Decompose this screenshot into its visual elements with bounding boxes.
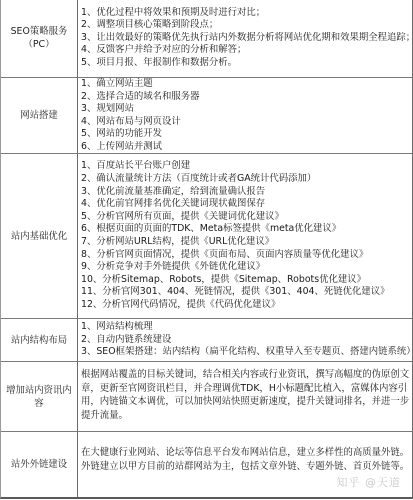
list-item: 10、分析Sitemap、Robots，提供《Sitemap、Robots优化建…: [81, 274, 410, 287]
row-label: 站内结构布局: [1, 319, 78, 361]
list-item: 3、让出效最好的策略优先执行站内外数据分析将网站优化期和效果期全程追踪；: [81, 32, 413, 45]
table-row-onsite-basic-optimization: 站内基础优化 1、百度站长平台账户创建 2、确认流量统计方法（百度统计或者GA统…: [1, 153, 412, 318]
list-item: 8、分析官网页面情况，提供《页面布局、页面内容质量等优化建议》: [81, 249, 410, 262]
row-content: 1、优化过程中将效果和预期及时进行对比； 2、调整项目核心策略到阶段点； 3、让…: [78, 0, 413, 77]
list-item: 4、优化前官网排名优化关键词现状截图保存: [81, 198, 410, 211]
row-label: 站内基础优化: [1, 154, 78, 318]
row-content: 1、确立网站主题 2、选择合适的域名和服务器 3、规划网站 4、网站布局与网页设…: [78, 78, 412, 153]
row-content: 根据网站覆盖的目标关键词，结合相关内容或行业资讯，撰写高幅度的伪原创文章，更新至…: [78, 362, 412, 431]
row-paragraph: 在大健康行业网站、论坛等信息平台发布网站信息，建立多样性的高质量外链。外链建立以…: [81, 446, 410, 473]
list-item: 9、分析竞争对手外链提供《外链优化建议》: [81, 261, 410, 274]
table-row-website-build: 网站搭建 1、确立网站主题 2、选择合适的域名和服务器 3、规划网站 4、网站布…: [1, 77, 412, 153]
list-item: 7、分析网站URL结构，提供《URL优化建议》: [81, 236, 410, 249]
row-content: 1、网站结构梳理 2、自动内链系统建设 3、SEO框架搭建：站内结构（扁平化结构…: [78, 319, 413, 361]
table-row-seo-strategy: SEO策略服务（PC） 1、优化过程中将效果和预期及时进行对比； 2、调整项目核…: [1, 0, 412, 77]
list-item: 5、项目月报、年报制作和数据分析。: [81, 57, 413, 70]
row-label: SEO策略服务（PC）: [1, 0, 78, 77]
table-row-onsite-structure: 站内结构布局 1、网站结构梳理 2、自动内链系统建设 3、SEO框架搭建：站内结…: [1, 318, 412, 361]
zhihu-watermark: 知乎 @天道: [337, 474, 402, 490]
list-item: 4、反馈客户并给予对应的分析和解答；: [81, 44, 413, 57]
list-item: 1、优化过程中将效果和预期及时进行对比；: [81, 7, 413, 20]
list-item: 3、SEO框架搭建：站内结构（扁平化结构、权重导入至专题页、搭建内链系统）: [81, 346, 413, 359]
list-item: 4、网站布局与网页设计: [81, 116, 410, 129]
list-item: 11、分析官网301、404、死链情况，提供《301、404、死链优化建议》: [81, 286, 410, 299]
list-item: 5、分析官网所有页面，提供《关键词优化建议》: [81, 211, 410, 224]
list-item: 3、规划网站: [81, 103, 410, 116]
seo-service-table: SEO策略服务（PC） 1、优化过程中将效果和预期及时进行对比； 2、调整项目核…: [0, 0, 413, 499]
row-paragraph: 根据网站覆盖的目标关键词，结合相关内容或行业资讯，撰写高幅度的伪原创文章，更新至…: [81, 368, 410, 422]
list-item: 2、自动内链系统建设: [81, 334, 413, 347]
row-label: 站外外链建设: [1, 432, 78, 497]
list-item: 3、优化前流量基准确定，给到流量确认报告: [81, 186, 410, 199]
list-item: 2、确认流量统计方法（百度统计或者GA统计代码添加）: [81, 173, 410, 186]
list-item: 6、根据页面的页面的TDK、Meta标签提供《meta优化建议》: [81, 223, 410, 236]
list-item: 1、确立网站主题: [81, 78, 410, 91]
list-item: 2、选择合适的域名和服务器: [81, 91, 410, 104]
row-label: 增加站内资讯内容: [1, 362, 78, 431]
list-item: 5、网站的功能开发: [81, 128, 410, 141]
list-item: 6、上传网站并测试: [81, 141, 410, 154]
list-item: 1、百度站长平台账户创建: [81, 160, 410, 173]
row-label: 网站搭建: [1, 78, 78, 153]
list-item: 2、调整项目核心策略到阶段点；: [81, 19, 413, 32]
row-content: 1、百度站长平台账户创建 2、确认流量统计方法（百度统计或者GA统计代码添加） …: [78, 154, 412, 318]
list-item: 12、分析官网代码情况，提供《代码优化建议》: [81, 299, 410, 312]
list-item: 1、网站结构梳理: [81, 321, 413, 334]
table-row-onsite-content: 增加站内资讯内容 根据网站覆盖的目标关键词，结合相关内容或行业资讯，撰写高幅度的…: [1, 361, 412, 431]
